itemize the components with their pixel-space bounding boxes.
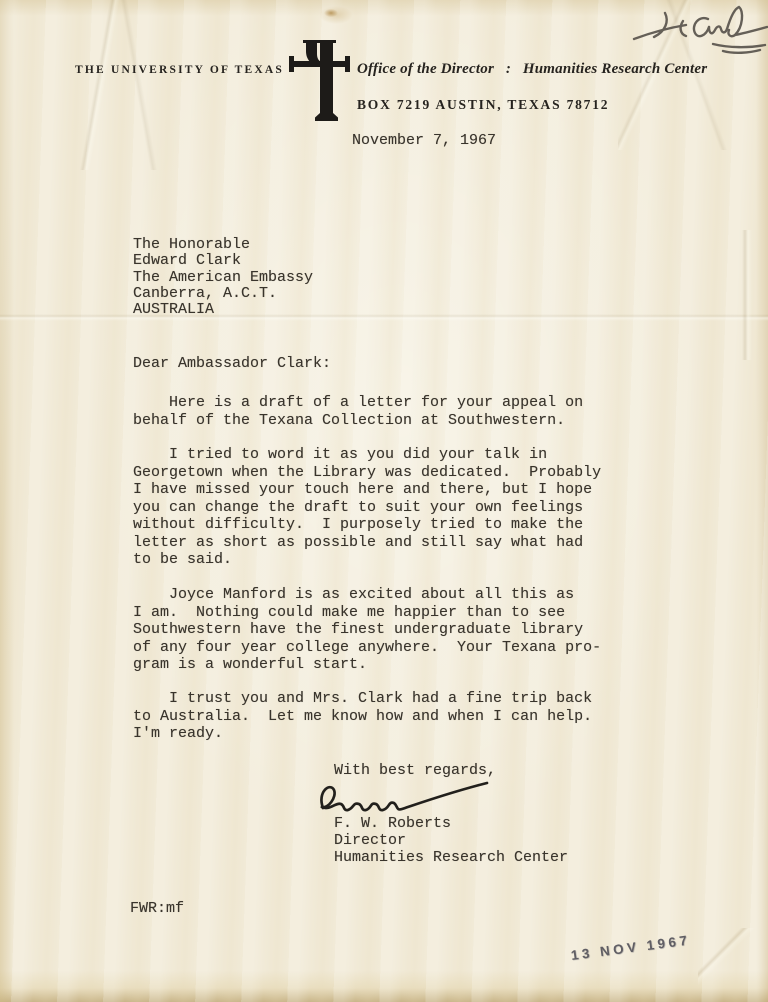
body-paragraph-1: Here is a draft of a letter for your app… — [133, 394, 583, 429]
body-paragraph-2: I tried to word it as you did your talk … — [133, 446, 601, 569]
complimentary-closing: With best regards, — [334, 762, 496, 780]
letterhead-university-name: THE UNIVERSITY OF TEXAS — [75, 64, 284, 76]
received-date-stamp: 13 NOV 1967 — [570, 932, 691, 963]
ut-monogram-logo — [289, 40, 350, 122]
body-paragraph-4: I trust you and Mrs. Clark had a fine tr… — [133, 690, 592, 743]
scanned-letter-page: THE UNIVERSITY OF TEXAS Office of the Di… — [0, 0, 768, 1002]
pencil-annotation-handwriting — [612, 2, 768, 60]
typed-signature-block: F. W. Roberts Director Humanities Resear… — [334, 815, 568, 866]
recipient-address-block: The Honorable Edward Clark The American … — [133, 237, 313, 318]
salutation: Dear Ambassador Clark: — [133, 355, 331, 373]
date-line: November 7, 1967 — [352, 132, 496, 150]
body-paragraph-3: Joyce Manford is as excited about all th… — [133, 586, 601, 674]
paper-crease-top-left — [0, 0, 250, 170]
letterhead-office-line: Office of the Director : Humanities Rese… — [357, 61, 707, 78]
paper-crease-right-edge — [736, 230, 768, 360]
letterhead-address-line: BOX 7219 AUSTIN, TEXAS 78712 — [357, 97, 609, 113]
reference-initials: FWR:mf — [130, 900, 184, 918]
paper-crease-bottom-right — [698, 928, 768, 1002]
